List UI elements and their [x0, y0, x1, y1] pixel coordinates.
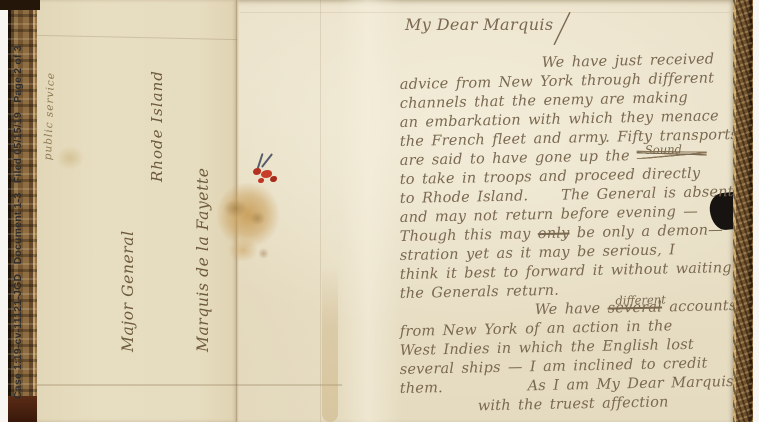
letter-body: We have just receivedadvice from New Yor…	[400, 57, 734, 418]
destination-text: Rhode Island	[148, 42, 166, 182]
recipient-line2: Marquis de la Fayette	[191, 20, 216, 352]
letter-text: be only a demon—	[569, 222, 723, 241]
letter-text: accounts	[662, 298, 737, 316]
page-gutter-highlight	[340, 0, 402, 422]
recipient-line1: Major General	[116, 20, 141, 352]
inserted-word: Sound	[645, 140, 682, 160]
letter-text: with the truest affection	[478, 394, 669, 414]
struck-word: severaldifferent	[607, 300, 662, 317]
salutation: My Dear Marquis/	[405, 14, 566, 35]
inserted-word: different	[615, 290, 666, 310]
scribble-strikeout: Sound	[637, 149, 707, 159]
letter-text: the Generals return.	[400, 283, 560, 302]
letter-text: We have just received	[542, 51, 715, 71]
court-filing-stamp: Case 1:19-cv-11121-JGD Document 1-3 File…	[12, 39, 24, 399]
letter-text: We have	[535, 301, 608, 319]
fold-crease-vertical	[320, 0, 321, 422]
struck-word: only	[538, 225, 570, 242]
fold-crease-bottom	[37, 384, 342, 386]
letter-text: them.	[400, 379, 443, 399]
fold-crease-top-right	[240, 12, 730, 13]
stain-spot	[258, 248, 269, 259]
frame-corner-dark	[0, 0, 40, 10]
picture-frame-right	[733, 0, 753, 422]
letter-text: Though this may	[400, 226, 538, 245]
frame-corner-dark	[8, 396, 37, 422]
stain-streak	[322, 265, 338, 422]
